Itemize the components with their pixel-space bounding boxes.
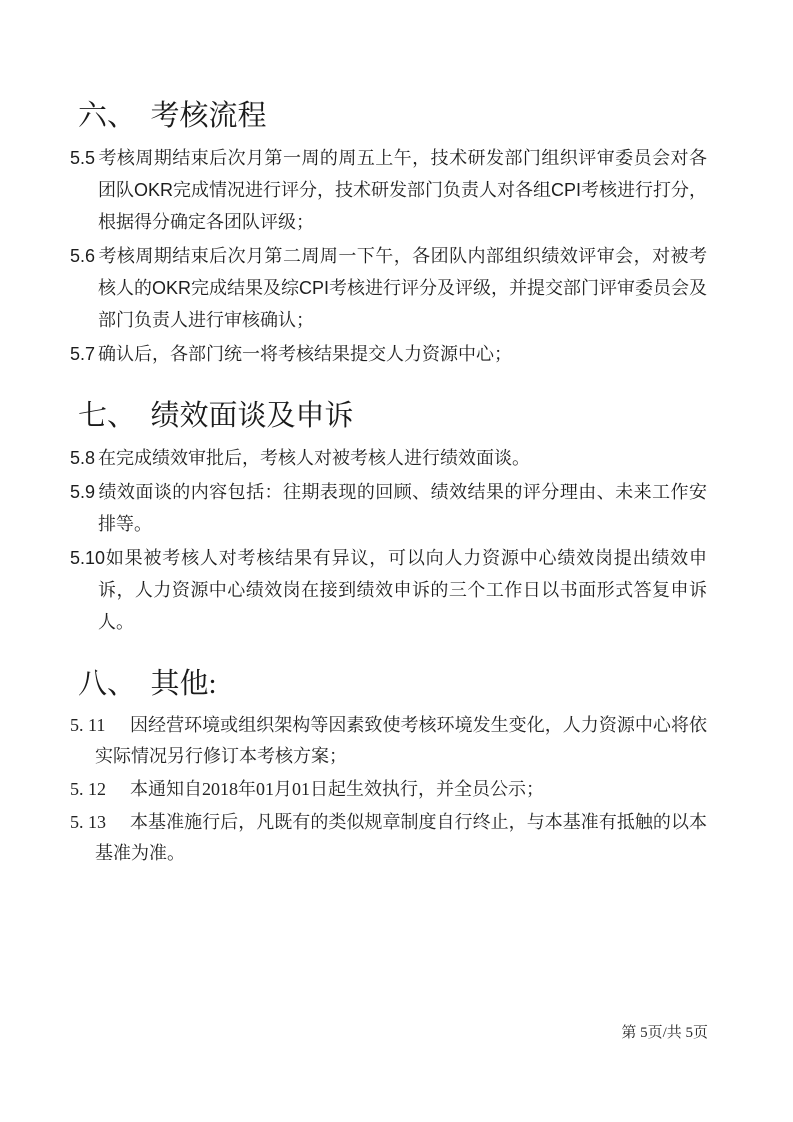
section-heading-performance-interview-appeal: 七、 绩效面谈及申诉 bbox=[78, 398, 707, 434]
document-page: 六、 考核流程 5.5考核周期结束后次月第一周的周五上午，技术研发部门组织评审委… bbox=[0, 0, 793, 1122]
clause-text: 确认后，各部门统一将考核结果提交人力资源中心； bbox=[98, 344, 512, 364]
clause-number: 5.10 bbox=[70, 542, 105, 574]
section-heading-others: 八、 其他: bbox=[78, 666, 707, 702]
page-footer: 第 5页/共 5页 bbox=[621, 1024, 708, 1042]
section-performance-interview-appeal: 七、 绩效面谈及申诉 5.8在完成绩效审批后，考核人对被考核人进行绩效面谈。 5… bbox=[70, 398, 707, 638]
clause-5-8: 5.8在完成绩效审批后，考核人对被考核人进行绩效面谈。 bbox=[70, 442, 707, 474]
clause-text: 在完成绩效审批后，考核人对被考核人进行绩效面谈。 bbox=[98, 448, 530, 468]
page-number-indicator: 第 5页/共 5页 bbox=[621, 1025, 708, 1041]
clause-5-12: 5. 12本通知自2018年01月01日起生效执行，并全员公示； bbox=[70, 774, 707, 805]
document-body: 六、 考核流程 5.5考核周期结束后次月第一周的周五上午，技术研发部门组织评审委… bbox=[0, 0, 793, 869]
clause-number: 5. 13 bbox=[70, 807, 130, 838]
section-others: 八、 其他: 5. 11因经营环境或组织架构等因素致使考核环境发生变化，人力资源… bbox=[70, 666, 707, 869]
clause-text: 本基准施行后，凡既有的类似规章制度自行终止，与本基准有抵触的以本基准为准。 bbox=[95, 812, 707, 863]
clause-5-6: 5.6考核周期结束后次月第二周周一下午，各团队内部组织绩效评审会，对被考核人的O… bbox=[70, 240, 707, 336]
clause-text: 考核周期结束后次月第一周的周五上午，技术研发部门组织评审委员会对各团队OKR完成… bbox=[98, 148, 707, 232]
clause-text: 绩效面谈的内容包括：往期表现的回顾、绩效结果的评分理由、未来工作安排等。 bbox=[98, 482, 707, 534]
clause-5-10: 5.10如果被考核人对考核结果有异议，可以向人力资源中心绩效岗提出绩效申诉，人力… bbox=[70, 542, 707, 638]
clause-number: 5.6 bbox=[70, 240, 98, 272]
clause-text: 因经营环境或组织架构等因素致使考核环境发生变化，人力资源中心将依实际情况另行修订… bbox=[95, 715, 707, 766]
clause-5-9: 5.9绩效面谈的内容包括：往期表现的回顾、绩效结果的评分理由、未来工作安排等。 bbox=[70, 476, 707, 540]
section-heading-assessment-process: 六、 考核流程 bbox=[78, 98, 707, 134]
clause-number: 5. 12 bbox=[70, 774, 130, 805]
section-assessment-process: 六、 考核流程 5.5考核周期结束后次月第一周的周五上午，技术研发部门组织评审委… bbox=[70, 98, 707, 370]
clause-number: 5. 11 bbox=[70, 710, 130, 741]
clause-number: 5.9 bbox=[70, 476, 98, 508]
clause-text: 本通知自2018年01月01日起生效执行，并全员公示； bbox=[130, 779, 544, 799]
clause-text: 考核周期结束后次月第二周周一下午，各团队内部组织绩效评审会，对被考核人的OKR完… bbox=[98, 246, 707, 330]
clause-number: 5.7 bbox=[70, 338, 98, 370]
clause-number: 5.8 bbox=[70, 442, 98, 474]
clause-text: 如果被考核人对考核结果有异议，可以向人力资源中心绩效岗提出绩效申诉，人力资源中心… bbox=[98, 548, 707, 632]
clause-5-11: 5. 11因经营环境或组织架构等因素致使考核环境发生变化，人力资源中心将依实际情… bbox=[70, 710, 707, 772]
clause-5-5: 5.5考核周期结束后次月第一周的周五上午，技术研发部门组织评审委员会对各团队OK… bbox=[70, 142, 707, 238]
clause-5-13: 5. 13本基准施行后，凡既有的类似规章制度自行终止，与本基准有抵触的以本基准为… bbox=[70, 807, 707, 869]
clause-number: 5.5 bbox=[70, 142, 98, 174]
clause-5-7: 5.7确认后，各部门统一将考核结果提交人力资源中心； bbox=[70, 338, 707, 370]
